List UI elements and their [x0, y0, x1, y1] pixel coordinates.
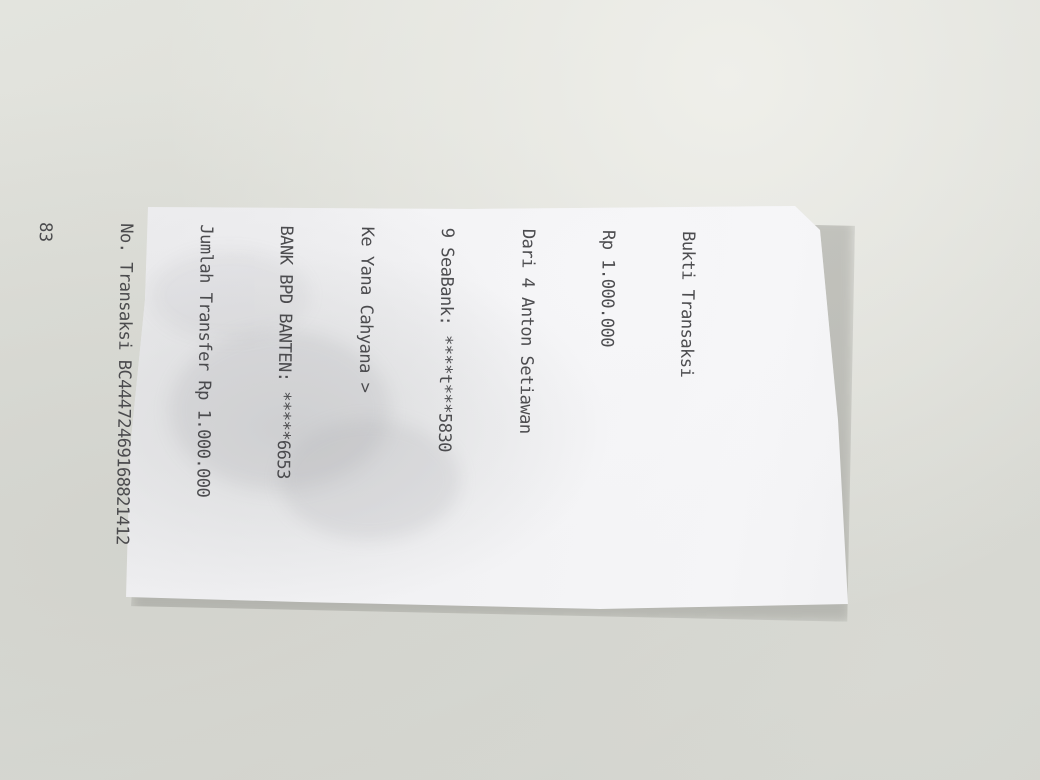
receipt-text: Bukti Transaksi Rp 1.000.000 Dari 4 Anto…	[0, 215, 755, 554]
receipt-transfer-amount: Jumlah Transfer Rp 1.000.000	[188, 224, 219, 546]
receipt-amount: Rp 1.000.000	[590, 230, 621, 552]
receipt-to-line: Ke Yana Cahyana >	[349, 226, 380, 548]
receipt-transaction-number: No. Transaksi BC44472469168821412	[107, 223, 138, 545]
receipt-title: Bukti Transaksi	[670, 231, 701, 553]
receipt-transaction-number-cont: 83	[27, 222, 58, 544]
receipt-to-account: BANK BPD BANTEN: *****6653	[268, 225, 299, 547]
receipt-from-line: Dari 4 Anton Setiawan	[509, 229, 540, 551]
receipt-from-account: 9 SeaBank: ****t***5830	[429, 228, 460, 550]
